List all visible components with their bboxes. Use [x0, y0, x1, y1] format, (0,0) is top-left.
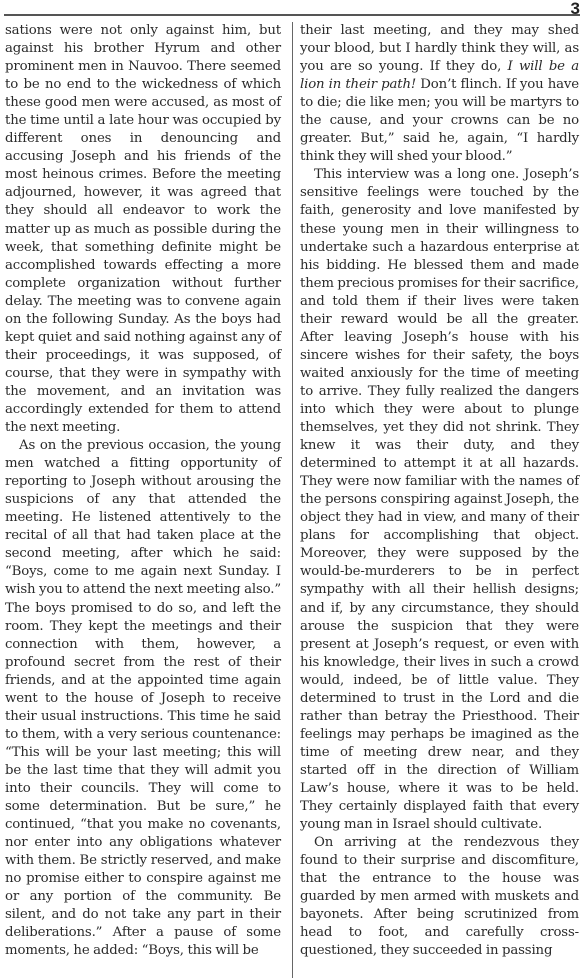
paragraph: As on the previous occasion, the young m…: [5, 437, 281, 960]
left-column: sations were not only against him, but a…: [5, 22, 281, 960]
right-column: their last meeting, and they may shed yo…: [300, 22, 579, 960]
paragraph: sations were not only against him, but a…: [5, 22, 281, 437]
paragraph: On arriving at the rendezvous they found…: [300, 834, 579, 960]
header-rule: [4, 14, 580, 16]
column-divider: [292, 22, 293, 978]
paragraph: their last meeting, and they may shed yo…: [300, 22, 579, 166]
paragraph: This interview was a long one. Joseph’s …: [300, 166, 579, 834]
